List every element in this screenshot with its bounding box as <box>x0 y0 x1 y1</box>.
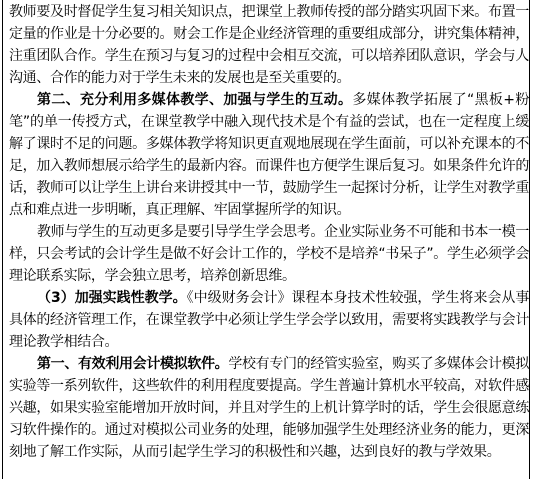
paragraph-text: 多媒体教学拓展了“黑板+粉笔”的单一传授方式，在课堂教学中融入现代技术是个有益的… <box>9 92 529 218</box>
section-heading-multimedia: 第二、充分利用多媒体教学、加强与学生的互动。 <box>37 92 352 108</box>
paragraph-multimedia-teaching: 第二、充分利用多媒体教学、加强与学生的互动。多媒体教学拓展了“黑板+粉笔”的单一… <box>9 89 529 221</box>
document-body: 教师要及时督促学生复习相关知识点，把课堂上教师传授的部分踏实巩固下来。布置一定量… <box>9 1 529 463</box>
section-heading-practical: （3）加强实践性教学。 <box>37 290 187 306</box>
paragraph-simulation-software: 第一、有效利用会计模拟软件。学校有专门的经管实验室，购买了多媒体会计模拟实验等一… <box>9 353 529 463</box>
paragraph-text: 教师要及时督促学生复习相关知识点，把课堂上教师传授的部分踏实巩固下来。布置一定量… <box>9 4 529 86</box>
paragraph-practical-teaching: （3）加强实践性教学。《中级财务会计》课程本身技术性较强，学生将来会从事具体的经… <box>9 287 529 353</box>
section-heading-simulation: 第一、有效利用会计模拟软件。 <box>37 356 228 372</box>
paragraph-teacher-student-interaction: 教师与学生的互动更多是要引导学生学会思考。企业实际业务不可能和书本一模一样，只会… <box>9 221 529 287</box>
paragraph-text: 教师与学生的互动更多是要引导学生学会思考。企业实际业务不可能和书本一模一样，只会… <box>9 224 529 284</box>
paragraph-homework-teamwork: 教师要及时督促学生复习相关知识点，把课堂上教师传授的部分踏实巩固下来。布置一定量… <box>9 1 529 89</box>
